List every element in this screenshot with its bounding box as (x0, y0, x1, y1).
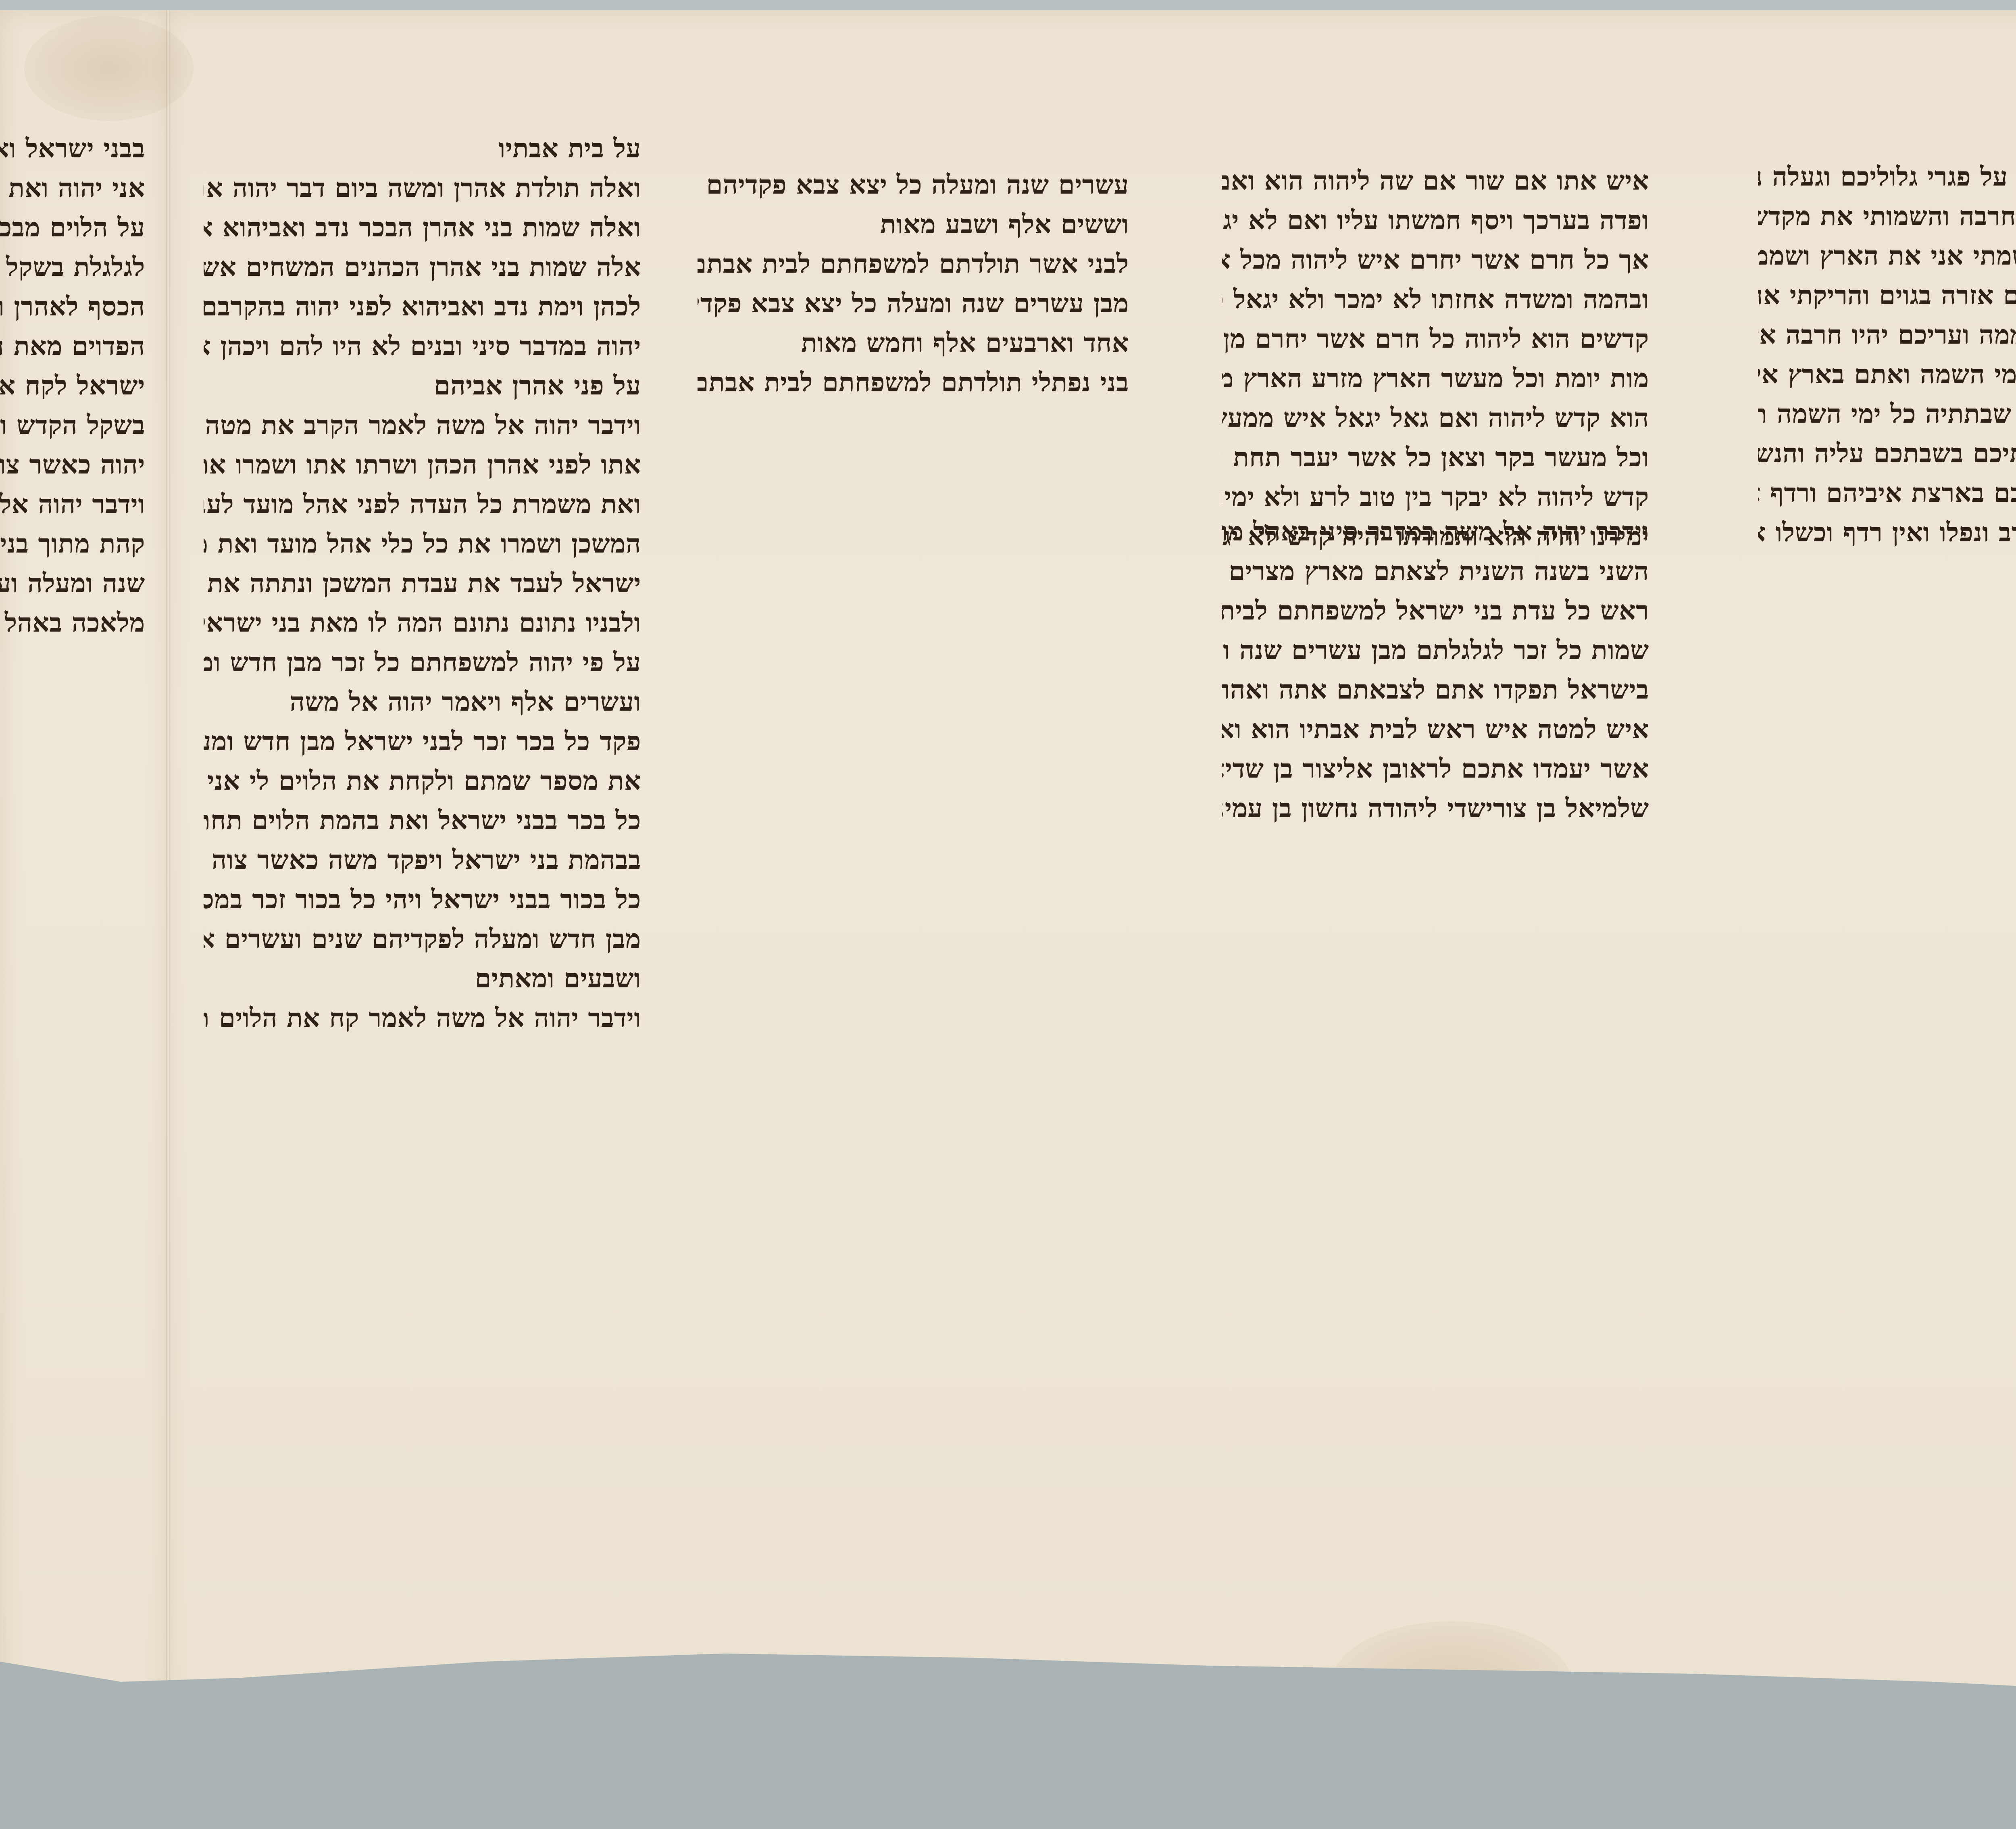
text-line: בריח ניחחכם והשמתי אני את הארץ ושממו עלי… (1758, 236, 2016, 276)
text-line: ובהמה ומשדה אחזתו לא ימכר ולא יגאל כל חר… (1222, 280, 1649, 319)
text-line: איש למטה איש ראש לבית אבתיו הוא ואלה שמו… (1222, 710, 1649, 749)
sheet-seam-left (166, 10, 170, 1785)
text-line: אשר יעמדו אתכם לראובן אליצור בן שדיאור ל… (1222, 749, 1649, 789)
text-column-1: על בית אבתיו ואלה תולדת אהרן ומשה ביום ד… (204, 129, 641, 1038)
text-line: את שבתתיה כל ימי השמה ואתם בארץ איביכם א… (1758, 355, 2016, 394)
text-line: ולבניו נתונם נתונם המה לו מאת בני ישראל … (204, 603, 641, 643)
text-line: שנה ומעלה ועד בן (0, 564, 145, 603)
text-line: ונתתי את פגריכם על פגרי גלוליכם וגעלה נפ… (1758, 157, 2016, 197)
text-line: בשקל הקדש ויתן משה (0, 406, 145, 445)
text-line: מבן עשרים שנה ומעלה כל יצא צבא פקדיהם למ… (698, 284, 1129, 323)
text-line: לבני אשר תולדתם למשפחתם לבית אבתם במספר … (698, 244, 1129, 284)
text-line: וידבר יהוה אל משה לאמר הקרב את מטה לוי ו… (204, 406, 641, 445)
text-line: אתו לפני אהרן הכהן ושרתו אתו ושמרו את מש… (204, 445, 641, 485)
text-line: ישראל לקח את הכסף (0, 366, 145, 406)
text-line: קדש ליהוה לא יבקר בין טוב לרע ולא ימירנו… (1222, 478, 1649, 517)
text-line: והבאתי מרך בלבבם בארצת איביהם ורדף אתם ק… (1758, 473, 2016, 513)
text-line: מות יומת וכל מעשר הארץ מזרע הארץ מפרי הע… (1222, 359, 1649, 398)
text-line: ואלה תולדת אהרן ומשה ביום דבר יהוה את מש… (204, 169, 641, 208)
text-line: בבהמת בני ישראל ויפקד משה כאשר צוה יהוה … (204, 840, 641, 880)
text-line: בני נפתלי תולדתם למשפחתם לבית אבתם במספר… (698, 363, 1129, 403)
text-line: ושבעים ומאתים (204, 959, 641, 999)
text-line: על הלוים מבכור ב (0, 208, 145, 248)
text-line: על פני אהרן אביהם (204, 366, 641, 406)
text-line: כל בכר בבני ישראל ואת בהמת הלוים תחת כל … (204, 801, 641, 840)
text-line: מלאכה באהל מועד (0, 603, 145, 643)
text-line: הוא קדש ליהוה ואם גאל יגאל איש ממעשרו חמ… (1222, 398, 1649, 438)
text-line: לגלגלת בשקל הקדש (0, 248, 145, 287)
text-line: ישראל לעבד את עבדת המשכן ונתתה את הלוים … (204, 564, 641, 603)
text-line: הפדוים מאת העדף (0, 327, 145, 366)
text-column-4: ונתתי את פגריכם על פגרי גלוליכם וגעלה נפ… (1758, 157, 2016, 553)
text-line: השני בשנה השנית לצאתם מארץ מצרים לאמר שא… (1222, 552, 1649, 591)
text-line: את מספר שמתם ולקחת את הלוים לי אני יהוה … (204, 761, 641, 801)
text-column-3-section-2: וידבר יהוה אל משה במדבר סיני באהל מועד ב… (1222, 512, 1649, 828)
text-column-0: בבני ישראל ואת בכ אני יהוה ואת פדוי על ה… (0, 129, 145, 643)
text-line: מבן חדש ומעלה לפקדיהם שנים ועשרים אלף של… (204, 920, 641, 959)
text-line: כל בכור בבני ישראל ויהי כל בכור זכר במספ… (204, 880, 641, 920)
text-line: אלה שמות בני אהרן הכהנים המשחים אשר מלא … (204, 248, 641, 287)
text-line: ופדה בערכך ויסף חמשתו עליו ואם לא יגאל ו… (1222, 201, 1649, 240)
text-line: יהוה כאשר צוה יהוה (0, 445, 145, 485)
text-line: ראש כל עדת בני ישראל למשפחתם לבית אבתם ב… (1222, 591, 1649, 631)
text-line: אני יהוה ואת פדוי (0, 169, 145, 208)
text-column-2: עשרים שנה ומעלה כל יצא צבא פקדיהם למטה ד… (698, 165, 1129, 403)
text-line: בישראל תפקדו אתם לצבאתם אתה ואהרן ואתכם … (1222, 670, 1649, 710)
text-line: וידבר יהוה אל משה לאמר קח את הלוים תחת כ… (204, 999, 641, 1038)
text-line: איש אתו אם שור אם שה ליהוה הוא ואם בבהמה… (1222, 161, 1649, 201)
stain (24, 16, 194, 121)
text-line: הישבים בה ואתכם אזרה בגוים והריקתי אחריכ… (1758, 276, 2016, 315)
text-line: לא שבתה בשבתתיכם בשבתכם עליה והנשארים בכ… (1758, 434, 2016, 473)
text-line: קדשים הוא ליהוה כל חרם אשר יחרם מן האדם … (1222, 319, 1649, 359)
text-line: ואלה שמות בני אהרן הבכר נדב ואביהוא אלעז… (204, 208, 641, 248)
text-line: והיתה ארצכם שממה ועריכם יהיו חרבה אז תרצ… (1758, 315, 2016, 355)
text-line: שמות כל זכר לגלגלתם מבן עשרים שנה ומעלה … (1222, 631, 1649, 670)
text-line: קהת מתוך בני לוי (0, 524, 145, 564)
text-line: וידבר יהוה אל משה במדבר סיני באהל מועד ב… (1222, 512, 1649, 552)
text-line: נדף ונסו מנסת חרב ונפלו ואין רדף וכשלו א… (1758, 513, 2016, 553)
text-line: ונתתי את עריכם חרבה והשמותי את מקדשיכם ו… (1758, 197, 2016, 236)
text-line: לכהן וימת נדב ואביהוא לפני יהוה בהקרבם א… (204, 287, 641, 327)
text-line: וכל מעשר בקר וצאן כל אשר יעבר תחת השבט ה… (1222, 438, 1649, 478)
text-line: אחד וארבעים אלף וחמש מאות (698, 323, 1129, 363)
text-line: הארץ והרצת את שבתתיה כל ימי השמה תשבת את… (1758, 394, 2016, 434)
text-line: שלמיאל בן צורישדי ליהודה נחשון בן עמינדב… (1222, 789, 1649, 828)
text-column-3: איש אתו אם שור אם שה ליהוה הוא ואם בבהמה… (1222, 161, 1649, 557)
text-line: פקד כל בכר זכר לבני ישראל מבן חדש ומעלה … (204, 722, 641, 761)
text-line: על בית אבתיו (204, 129, 641, 169)
text-line: ועשרים אלף ויאמר יהוה אל משה (204, 682, 641, 722)
text-line: על פי יהוה למשפחתם כל זכר מבן חדש ומעלה … (204, 643, 641, 682)
text-line: ואת משמרת כל העדה לפני אהל מועד לעבד את … (204, 485, 641, 524)
text-line: הכסף לאהרן ולבניו (0, 287, 145, 327)
text-line: בבני ישראל ואת בכ (0, 129, 145, 169)
text-line: וידבר יהוה אל משה (0, 485, 145, 524)
text-line: עשרים שנה ומעלה כל יצא צבא פקדיהם למטה ד… (698, 165, 1129, 205)
text-line: וששים אלף ושבע מאות (698, 205, 1129, 244)
text-line: אך כל חרם אשר יחרם איש ליהוה מכל אשר לו … (1222, 240, 1649, 280)
text-line: המשכן ושמרו את כל כלי אהל מועד ואת משמרת… (204, 524, 641, 564)
text-line: יהוה במדבר סיני ובנים לא היו להם ויכהן א… (204, 327, 641, 366)
